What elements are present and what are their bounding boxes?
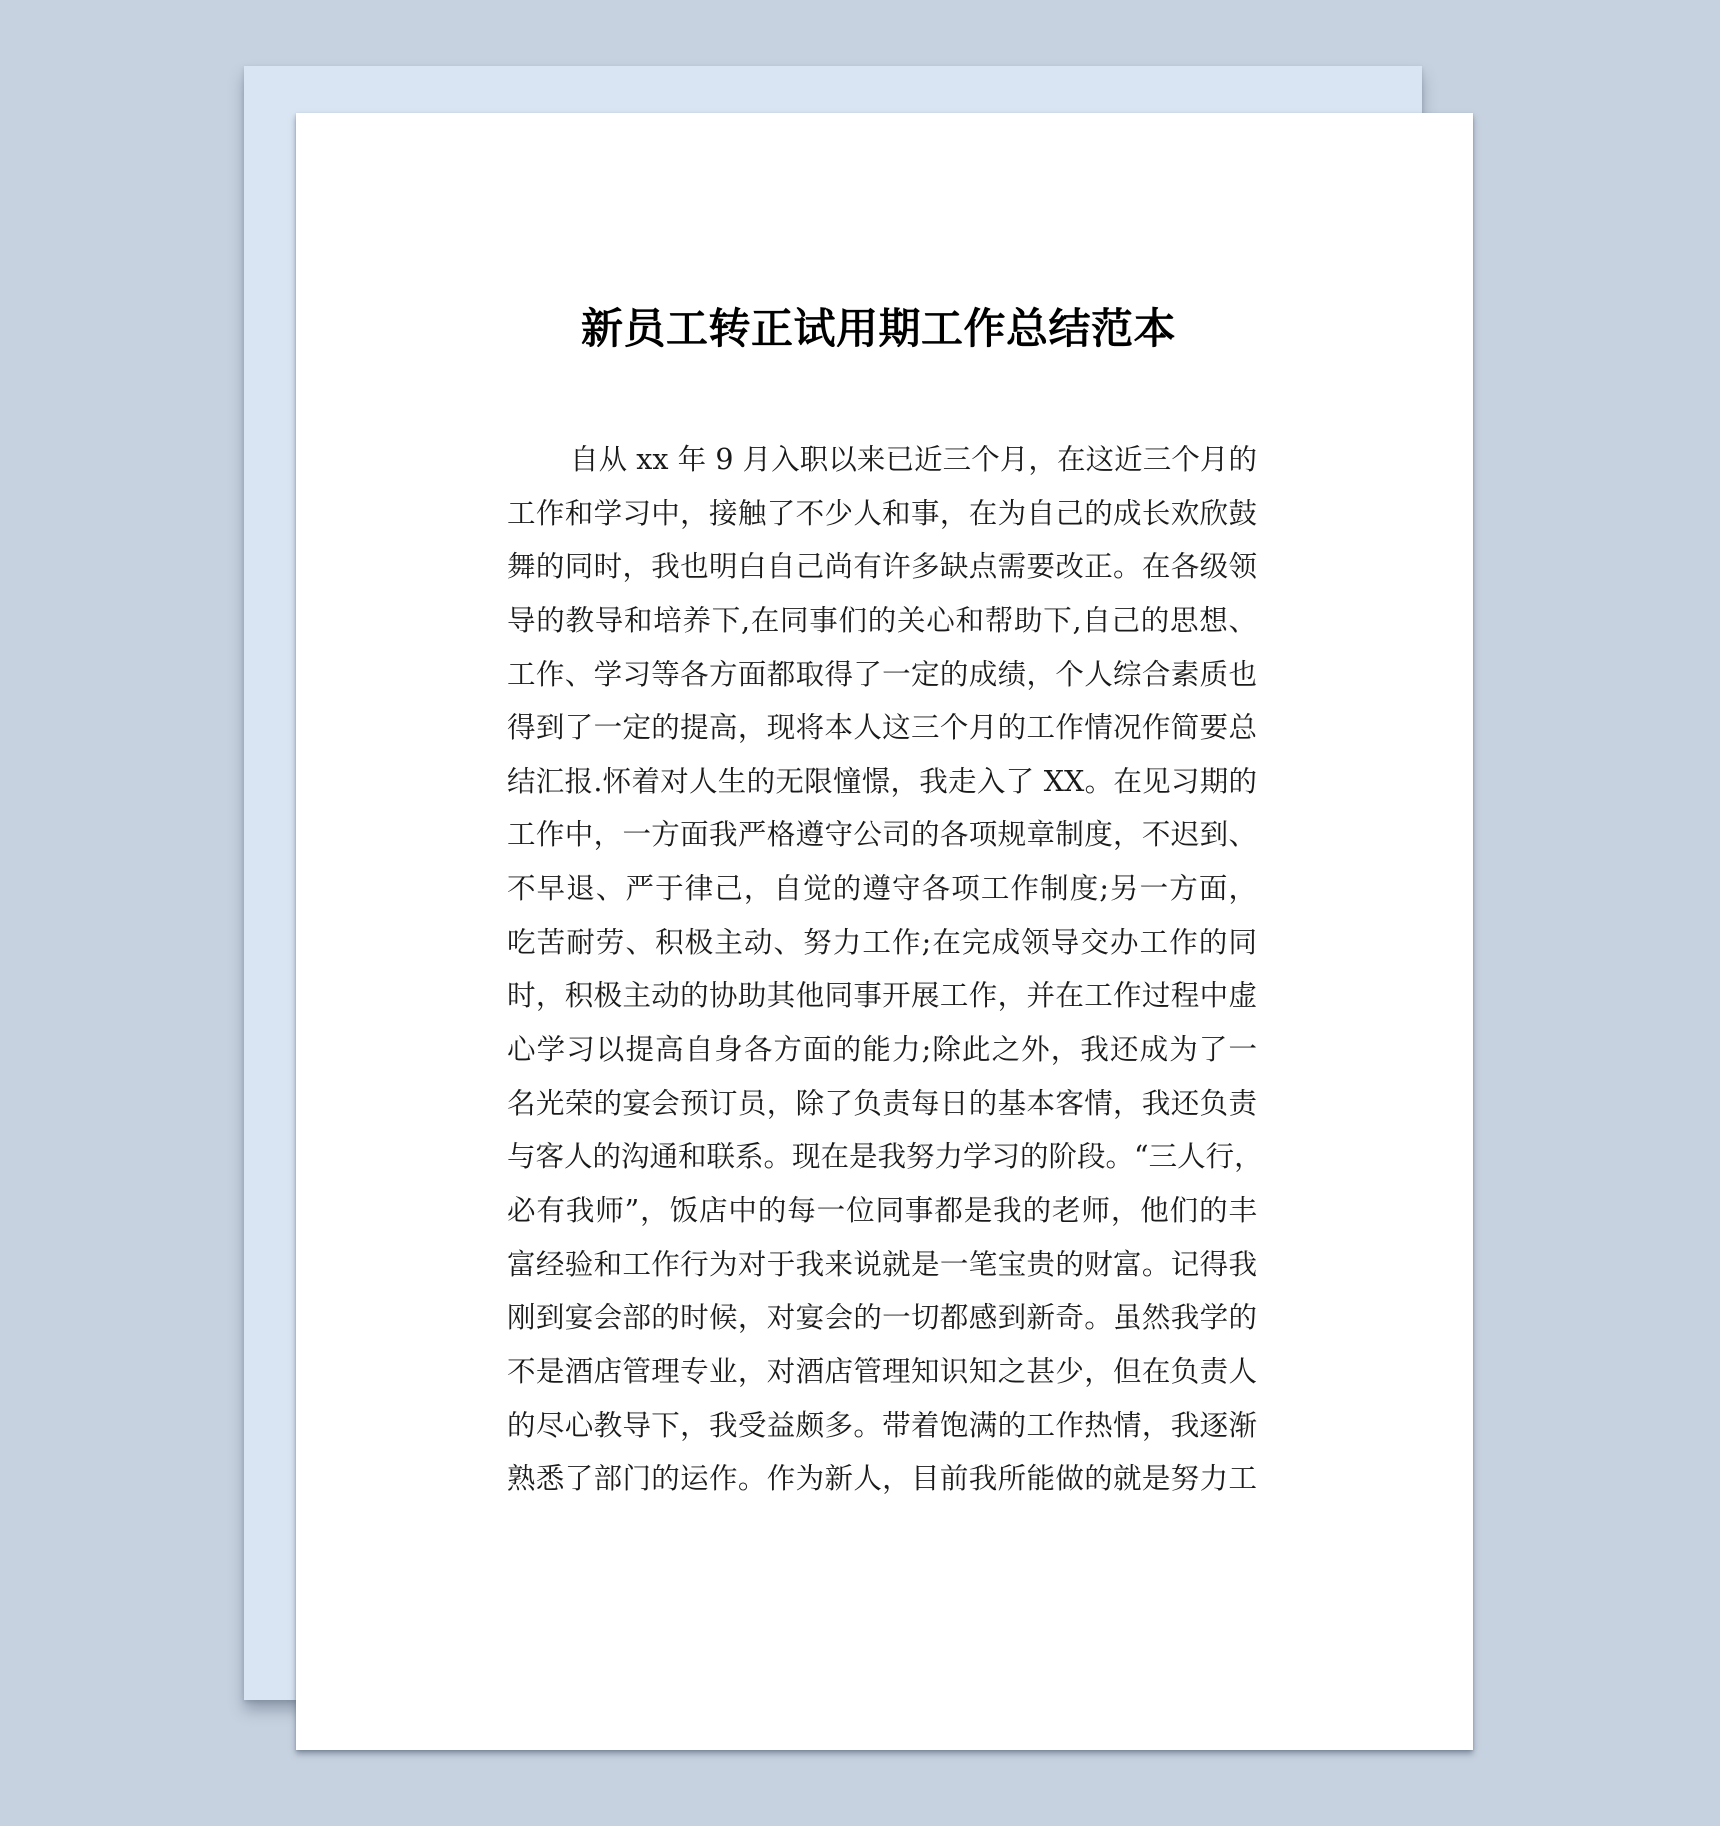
body-line: 刚到宴会部的时候，对宴会的一切都感到新奇。虽然我学的 [507,1291,1257,1345]
body-line: 必有我师”，饭店中的每一位同事都是我的老师，他们的丰 [507,1184,1257,1238]
body-line: 工作、学习等各方面都取得了一定的成绩，个人综合素质也 [507,648,1257,702]
body-line: 导的教导和培养下,在同事们的关心和帮助下,自己的思想、 [507,594,1257,648]
body-line: 时，积极主动的协助其他同事开展工作，并在工作过程中虚 [507,969,1257,1023]
body-line: 不是酒店管理专业，对酒店管理知识知之甚少，但在负责人 [507,1345,1257,1399]
document-title: 新员工转正试用期工作总结范本 [290,304,1467,354]
body-line: 不早退、严于律己，自觉的遵守各项工作制度;另一方面， [507,862,1257,916]
body-line: 结汇报.怀着对人生的无限憧憬，我走入了 XX。在见习期的 [507,755,1257,809]
body-line: 舞的同时，我也明白自己尚有许多缺点需要改正。在各级领 [507,540,1257,594]
document-body: 自从 xx 年 9 月入职以来已近三个月，在这近三个月的 工作和学习中，接触了不… [507,433,1257,1506]
front-page-sheet: 新员工转正试用期工作总结范本 自从 xx 年 9 月入职以来已近三个月，在这近三… [296,113,1473,1750]
body-line: 名光荣的宴会预订员，除了负责每日的基本客情，我还负责 [507,1077,1257,1131]
body-line: 熟悉了部门的运作。作为新人，目前我所能做的就是努力工 [507,1452,1257,1506]
body-line: 工作中，一方面我严格遵守公司的各项规章制度，不迟到、 [507,808,1257,862]
body-line: 富经验和工作行为对于我来说就是一笔宝贵的财富。记得我 [507,1238,1257,1292]
body-line: 心学习以提高自身各方面的能力;除此之外，我还成为了一 [507,1023,1257,1077]
body-line: 的尽心教导下，我受益颇多。带着饱满的工作热情，我逐渐 [507,1399,1257,1453]
body-line: 得到了一定的提高，现将本人这三个月的工作情况作简要总 [507,701,1257,755]
body-line: 与客人的沟通和联系。现在是我努力学习的阶段。“三人行， [507,1130,1257,1184]
body-line: 工作和学习中，接触了不少人和事，在为自己的成长欢欣鼓 [507,487,1257,541]
body-line: 吃苦耐劳、积极主动、努力工作;在完成领导交办工作的同 [507,916,1257,970]
body-line: 自从 xx 年 9 月入职以来已近三个月，在这近三个月的 [507,433,1257,487]
